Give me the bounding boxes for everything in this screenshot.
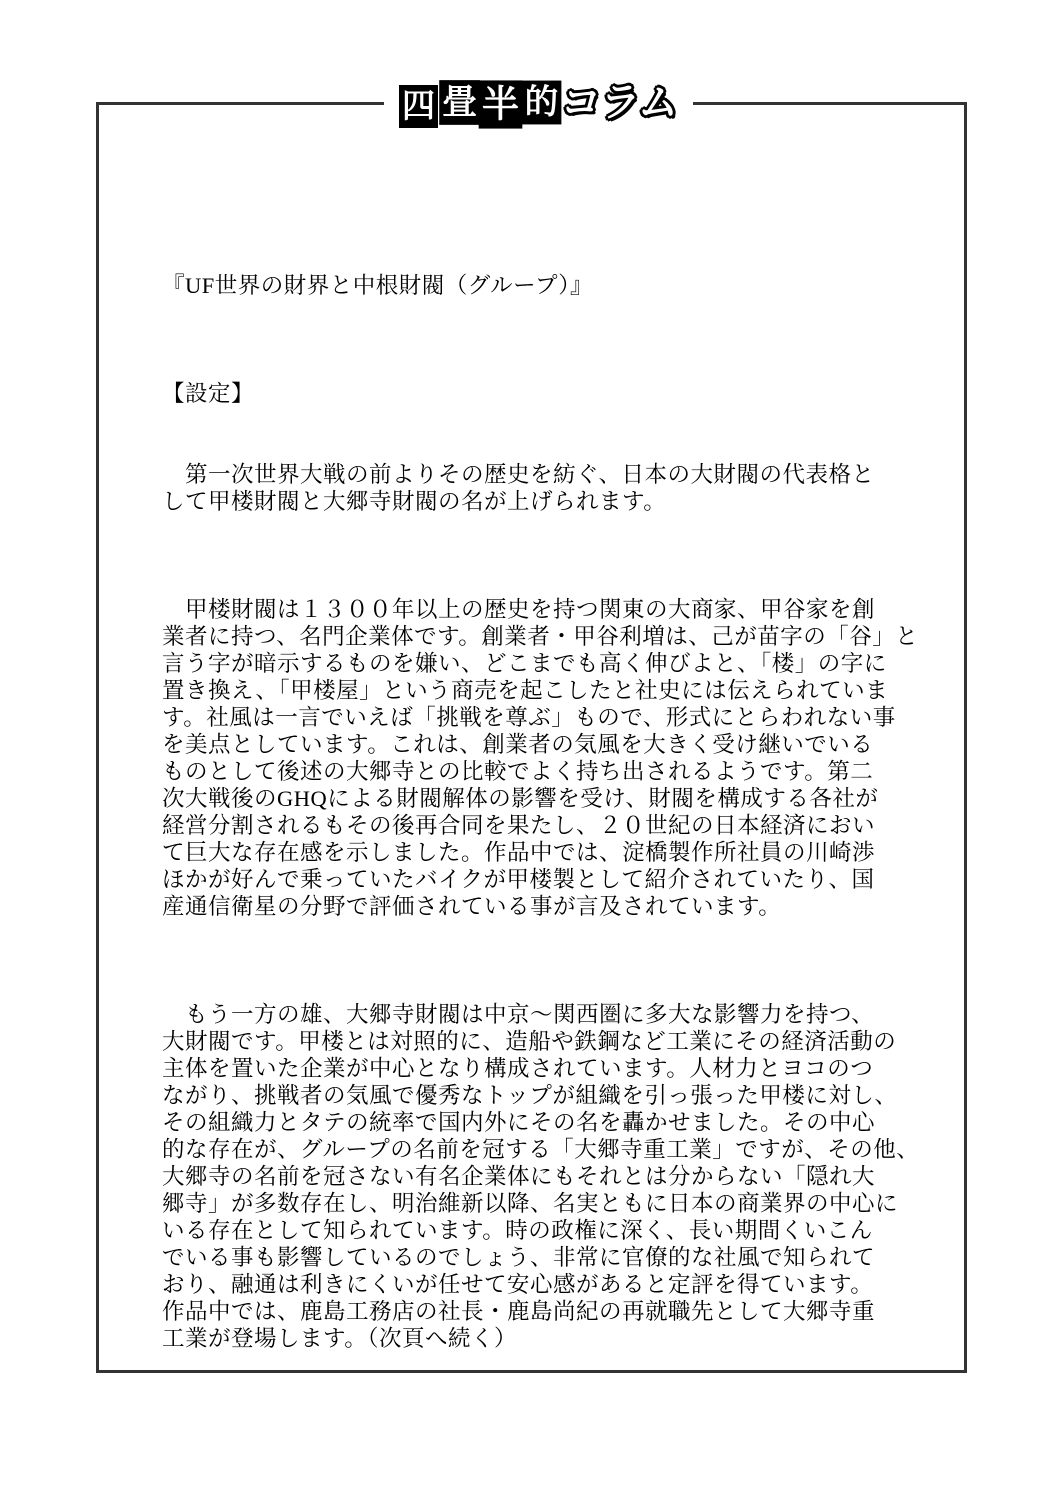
logo-char-block: 的 <box>522 80 562 124</box>
section-heading: 【設定】 <box>162 380 919 407</box>
logo-char-block: 半 <box>479 80 523 128</box>
logo-char-outline: ラ <box>598 83 643 123</box>
column-title-logo: 四 畳 半 的 コ ラ ム <box>384 70 693 136</box>
paragraph-intro: 第一次世界大戦の前よりその歴史を紡ぐ、日本の大財閥の代表格と して甲楼財閥と大郷… <box>162 461 919 515</box>
document-page: 四 畳 半 的 コ ラ ム 『UF世界の財界と中根財閥（グループ）』 【設定】 … <box>0 0 1060 1493</box>
logo-char-outline: コ <box>559 83 604 123</box>
logo-char-block: 四 <box>399 85 438 128</box>
paragraph-daigouji-zaibatsu: もう一方の雄、大郷寺財閥は中京～関西圏に多大な影響力を持つ、 大財閥です。甲楼と… <box>162 1001 919 1352</box>
logo-char-block: 畳 <box>439 80 480 125</box>
article-title: 『UF世界の財界と中根財閥（グループ）』 <box>162 272 919 299</box>
paragraph-kourou-zaibatsu: 甲楼財閥は１３００年以上の歴史を持つ関東の大商家、甲谷家を創 業者に持つ、名門企… <box>162 596 919 920</box>
article-body: 『UF世界の財界と中根財閥（グループ）』 【設定】 第一次世界大戦の前よりその歴… <box>162 218 919 1406</box>
logo-char-outline: ム <box>637 83 682 123</box>
